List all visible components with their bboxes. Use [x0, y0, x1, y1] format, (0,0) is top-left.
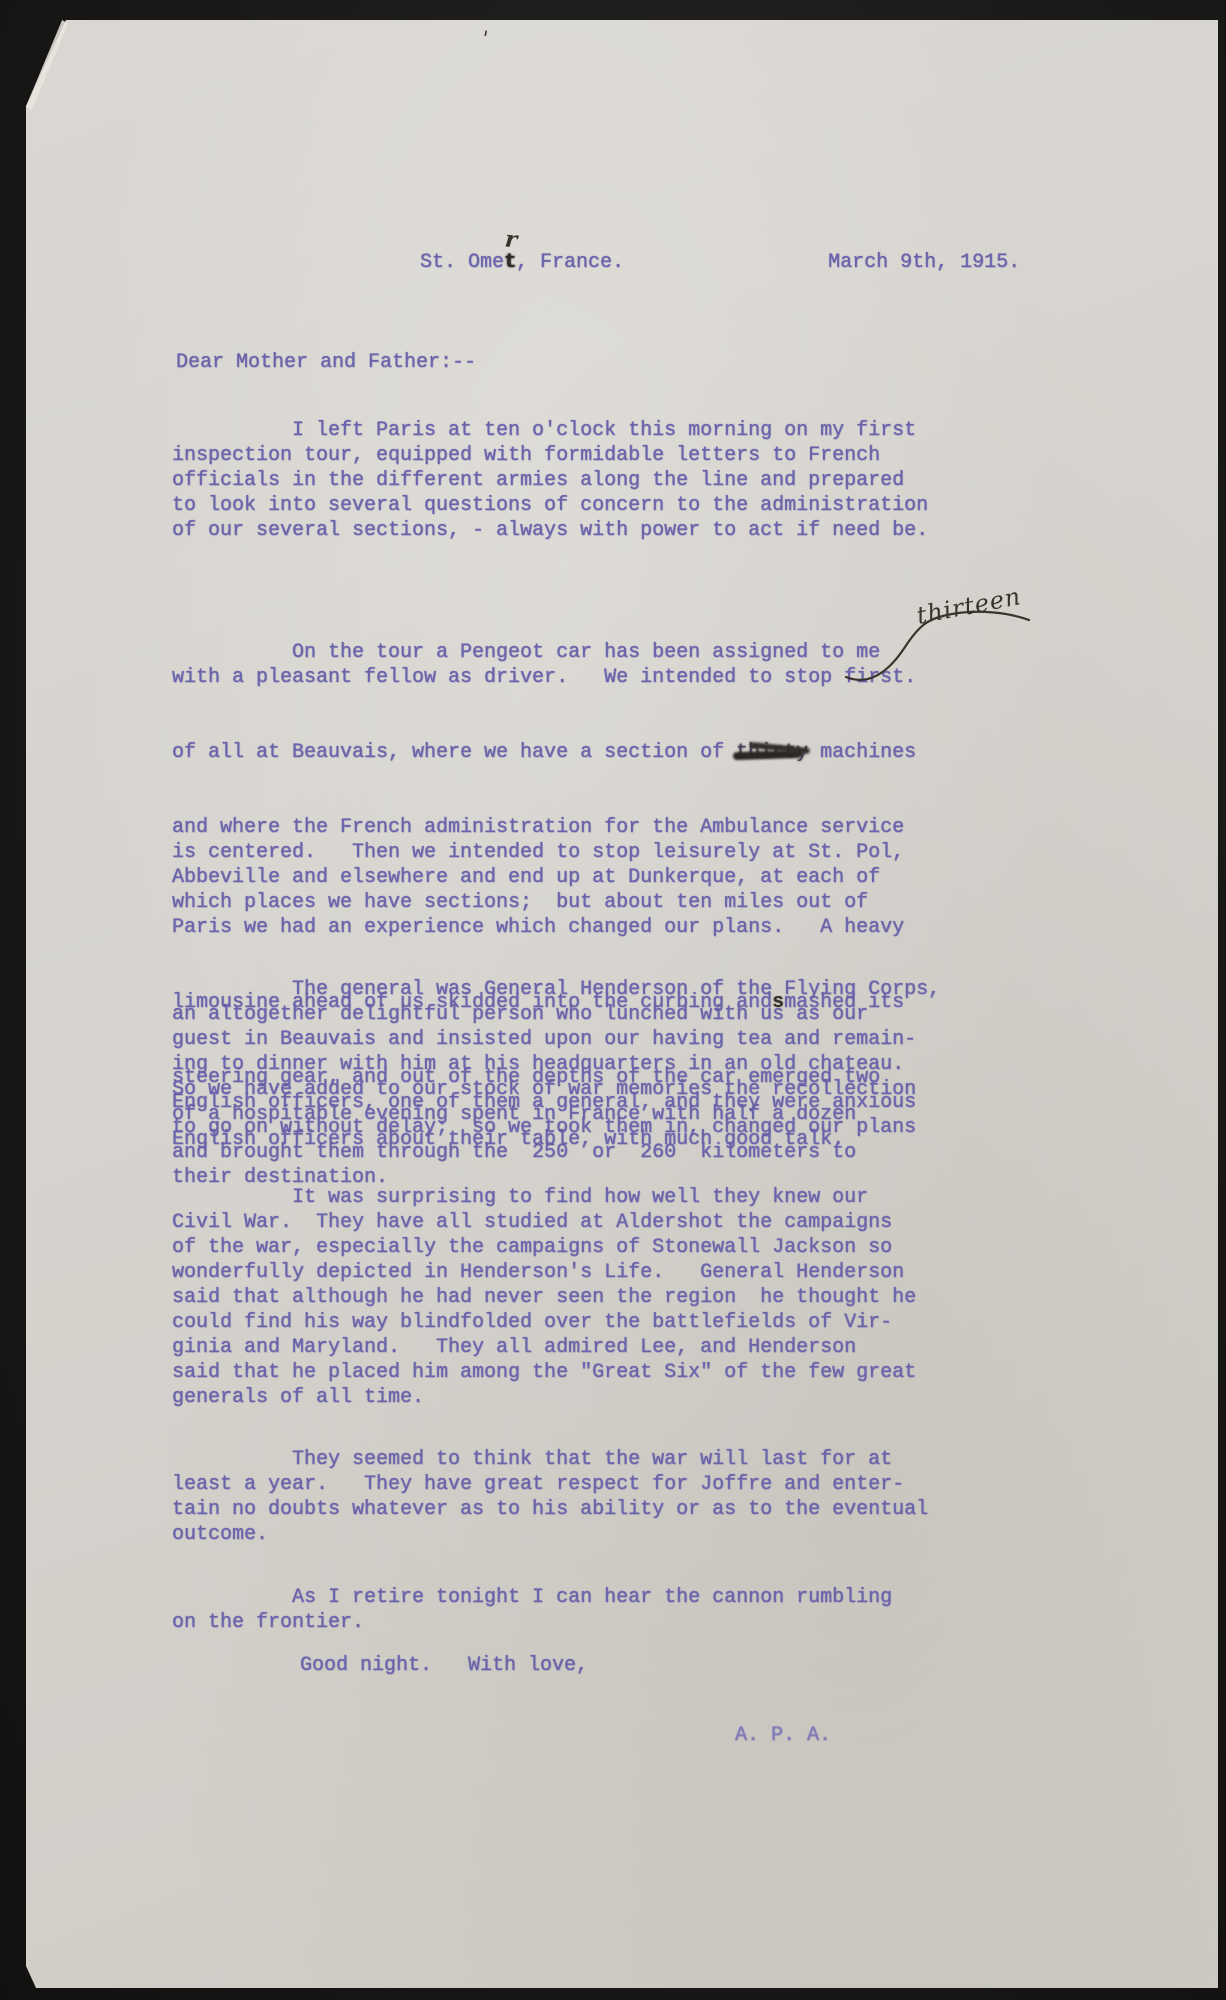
letter-line: ginia and Maryland. They all admired Lee…: [172, 1335, 916, 1360]
letter-line: Abbeville and elsewhere and end up at Du…: [172, 865, 916, 890]
letter-line: guest in Beauvais and insisted upon our …: [172, 1027, 940, 1052]
letter-line: They seemed to think that the war will l…: [172, 1447, 928, 1472]
letter-line: of the war, especially the campaigns of …: [172, 1235, 916, 1260]
letter-line: It was surprising to find how well they …: [172, 1185, 916, 1210]
letter-line: Civil War. They have all studied at Alde…: [172, 1210, 916, 1235]
closing-line: Good night. With love,: [300, 1653, 588, 1678]
letter-line: least a year. They have great respect fo…: [172, 1472, 928, 1497]
strike-line-pre: of all at Beauvais, where we have a sect…: [172, 741, 736, 764]
letter-line: Paris we had an experience which changed…: [172, 915, 916, 940]
paragraph-1: I left Paris at ten o'clock this morning…: [172, 418, 928, 543]
letter-line: which places we have sections; but about…: [172, 890, 916, 915]
dateline-place-prefix: St. Ome: [420, 251, 504, 274]
letter-line: As I retire tonight I can hear the canno…: [172, 1585, 892, 1610]
struck-word: thirty: [736, 741, 808, 764]
salutation: Dear Mother and Father:--: [176, 350, 476, 375]
letter-scan: ' St. Omet, France. March 9th, 1915. r D…: [0, 0, 1226, 2000]
letter-line: tain no doubts whatever as to his abilit…: [172, 1497, 928, 1522]
strike-line: of all at Beauvais, where we have a sect…: [172, 740, 916, 765]
letter-line: generals of all time.: [172, 1385, 916, 1410]
dateline-place-suffix: , France.: [516, 251, 624, 274]
letter-line: officials in the different armies along …: [172, 468, 928, 493]
paragraph-2-lines-b: and where the French administration for …: [172, 815, 916, 940]
overstruck-char: t: [504, 251, 516, 274]
letter-line: English officers about their table, with…: [172, 1127, 940, 1152]
letter-line: on the frontier.: [172, 1610, 892, 1635]
letter-line: ing to dinner with him at his headquarte…: [172, 1052, 940, 1077]
letter-line: of a hospitable evening spent in France …: [172, 1102, 940, 1127]
paragraph-4: It was surprising to find how well they …: [172, 1185, 916, 1410]
letter-line: could find his way blindfolded over the …: [172, 1310, 916, 1335]
letter-line: wonderfully depicted in Henderson's Life…: [172, 1260, 916, 1285]
letter-line: of our several sections, - always with p…: [172, 518, 928, 543]
letter-line: and where the French administration for …: [172, 815, 916, 840]
letter-line: The general was General Henderson of the…: [172, 977, 940, 1002]
letter-line: So we have added to our stock of war mem…: [172, 1077, 940, 1102]
letter-line: said that he placed him among the "Great…: [172, 1360, 916, 1385]
letter-line: inspection tour, equipped with formidabl…: [172, 443, 928, 468]
paragraph-6: As I retire tonight I can hear the canno…: [172, 1585, 892, 1635]
letter-line: to look into several questions of concer…: [172, 493, 928, 518]
paragraph-3: The general was General Henderson of the…: [172, 977, 940, 1152]
signature-initials: A. P. A.: [735, 1723, 831, 1748]
dateline-date: March 9th, 1915.: [828, 251, 1020, 274]
letter-line: an altogether delightful person who lunc…: [172, 1002, 940, 1027]
letter-line: is centered. Then we intended to stop le…: [172, 840, 916, 865]
letter-line: I left Paris at ten o'clock this morning…: [172, 418, 928, 443]
letter-line: said that although he had never seen the…: [172, 1285, 916, 1310]
dateline-spacer: [624, 251, 828, 274]
paragraph-5: They seemed to think that the war will l…: [172, 1447, 928, 1547]
letter-line: outcome.: [172, 1522, 928, 1547]
dateline: St. Omet, France. March 9th, 1915.: [420, 250, 1020, 275]
strike-line-post: machines: [808, 741, 916, 764]
